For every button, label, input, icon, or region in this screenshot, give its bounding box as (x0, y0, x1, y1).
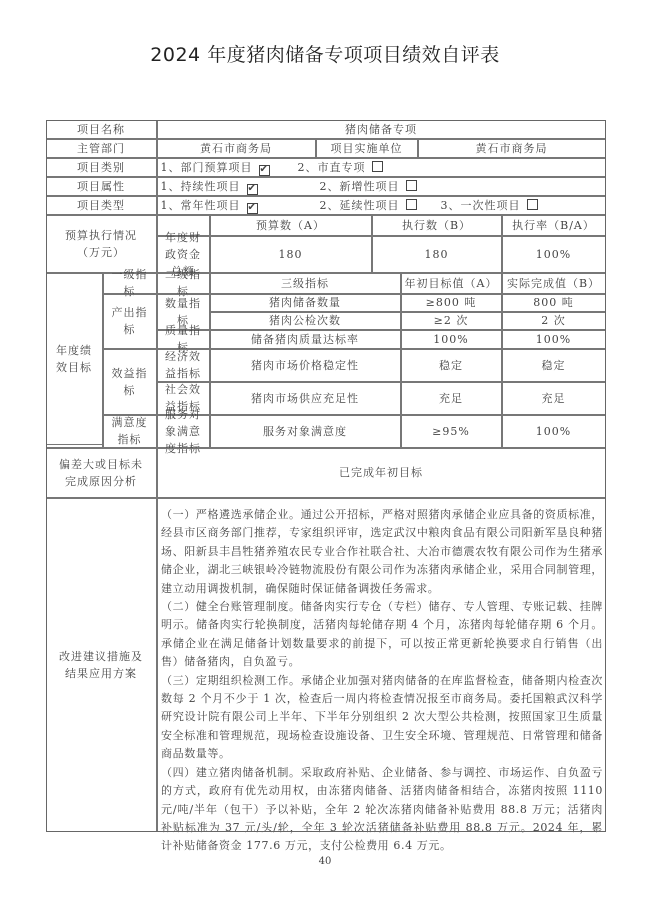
impl-unit-value: 黄石市商务局 (418, 139, 606, 158)
indicator-name: 猪肉储备数量 (210, 294, 401, 312)
budget-a-value: 180 (210, 236, 372, 273)
budget-rate-value: 100% (502, 236, 606, 273)
checkbox-icon[interactable] (406, 180, 417, 191)
improvement-paragraph-2: （二）健全台账管理制度。储备肉实行专仓（专栏）储存、专人管理、专账记载、挂牌明示… (161, 598, 603, 672)
project-name-label: 项目名称 (46, 120, 157, 139)
budget-label: 预算执行情况（万元） (46, 215, 157, 273)
improvement-paragraph-3: （三）定期组织检测工作。承储企业加强对猪肉储备的在库监督检查，储备期内检查次数每… (161, 672, 603, 764)
type-option-1[interactable]: 1、常年性项目✔ (161, 197, 258, 214)
attribute-label: 项目属性 (46, 177, 157, 196)
indicator-actual: 充足 (502, 382, 606, 415)
option-label: 1、常年性项目 (161, 199, 241, 212)
option-label: 1、部门预算项目 (161, 161, 253, 174)
indicator-name: 猪肉公检次数 (210, 312, 401, 330)
header-level2: 二级指标 (157, 273, 210, 294)
page-title: 2024 年度猪肉储备专项项目绩效自评表 (0, 40, 650, 67)
option-label: 2、延续性项目 (320, 199, 400, 212)
page-number: 40 (0, 856, 650, 867)
option-label: 2、新增性项目 (320, 180, 400, 193)
improvement-label: 改进建议措施及结果应用方案 (46, 498, 157, 832)
category-label: 项目类别 (46, 158, 157, 177)
indicator-actual: 100% (502, 330, 606, 349)
benefit-indicator-label: 效益指标 (103, 349, 157, 415)
budget-col-rate: 执行率（B/A） (502, 215, 606, 236)
department-value: 黄石市商务局 (157, 139, 316, 158)
budget-col-a: 预算数（A） (210, 215, 372, 236)
attribute-options: 1、持续性项目✔ 2、新增性项目 (157, 177, 606, 196)
checkbox-icon[interactable] (527, 199, 538, 210)
option-label: 3、一次性项目 (441, 199, 521, 212)
satisfaction-level2-label: 服务对象满意度指标 (157, 415, 210, 448)
indicator-target: 充足 (401, 382, 502, 415)
indicator-target: ≥95% (401, 415, 502, 448)
project-name-value: 猪肉储备专项 (157, 120, 606, 139)
header-level1: 一级指标 (103, 273, 157, 294)
improvement-paragraph-4: （四）建立猪肉储备机制。采取政府补贴、企业储备、参与调控、市场运作、自负盈亏的方… (161, 764, 603, 856)
header-level3: 三级指标 (210, 273, 401, 294)
attribute-option-2[interactable]: 2、新增性项目 (320, 178, 417, 195)
checkbox-icon[interactable] (406, 199, 417, 210)
indicator-name: 储备猪肉质量达标率 (210, 330, 401, 349)
department-label: 主管部门 (46, 139, 157, 158)
deviation-value: 已完成年初目标 (157, 448, 606, 498)
indicator-actual: 100% (502, 415, 606, 448)
impl-unit-label: 项目实施单位 (316, 139, 418, 158)
type-label: 项目类型 (46, 196, 157, 215)
checkbox-checked-icon[interactable]: ✔ (247, 184, 258, 195)
indicator-target: ≥2 次 (401, 312, 502, 330)
type-options: 1、常年性项目✔ 2、延续性项目 3、一次性项目 (157, 196, 606, 215)
option-label: 1、持续性项目 (161, 180, 241, 193)
header-actual: 实际完成值（B） (502, 273, 606, 294)
budget-col-b: 执行数（B） (372, 215, 502, 236)
economic-benefit-label: 经济效益指标 (157, 349, 210, 382)
header-target: 年初目标值（A） (401, 273, 502, 294)
quality-indicator-label: 质量指标 (157, 330, 210, 349)
improvement-text: （一）严格遴选承储企业。通过公开招标，严格对照猪肉承储企业应具备的资质标准，经县… (161, 506, 603, 856)
checkbox-checked-icon[interactable]: ✔ (247, 203, 258, 214)
deviation-label: 偏差大或目标未完成原因分析 (46, 448, 157, 498)
output-indicator-label: 产出指标 (103, 294, 157, 349)
indicator-target: ≥800 吨 (401, 294, 502, 312)
indicator-actual: 800 吨 (502, 294, 606, 312)
indicator-actual: 稳定 (502, 349, 606, 382)
indicator-target: 100% (401, 330, 502, 349)
checkbox-checked-icon[interactable]: ✔ (259, 165, 270, 176)
checkbox-icon[interactable] (372, 161, 383, 172)
category-option-1[interactable]: 1、部门预算项目✔ (161, 159, 270, 176)
indicator-name: 猪肉市场供应充足性 (210, 382, 401, 415)
indicator-actual: 2 次 (502, 312, 606, 330)
type-option-2[interactable]: 2、延续性项目 (320, 197, 417, 214)
indicator-name: 服务对象满意度 (210, 415, 401, 448)
category-options: 1、部门预算项目✔ 2、市直专项 (157, 158, 606, 177)
indicator-target: 稳定 (401, 349, 502, 382)
type-option-3[interactable]: 3、一次性项目 (441, 197, 538, 214)
improvement-paragraph-1: （一）严格遴选承储企业。通过公开招标，严格对照猪肉承储企业应具备的资质标准，经县… (161, 506, 603, 598)
indicator-name: 猪肉市场价格稳定性 (210, 349, 401, 382)
goals-label-continued (46, 415, 103, 448)
attribute-option-1[interactable]: 1、持续性项目✔ (161, 178, 258, 195)
budget-b-value: 180 (372, 236, 502, 273)
category-option-2[interactable]: 2、市直专项 (298, 159, 383, 176)
satisfaction-indicator-label: 满意度指标 (103, 415, 157, 448)
option-label: 2、市直专项 (298, 161, 366, 174)
